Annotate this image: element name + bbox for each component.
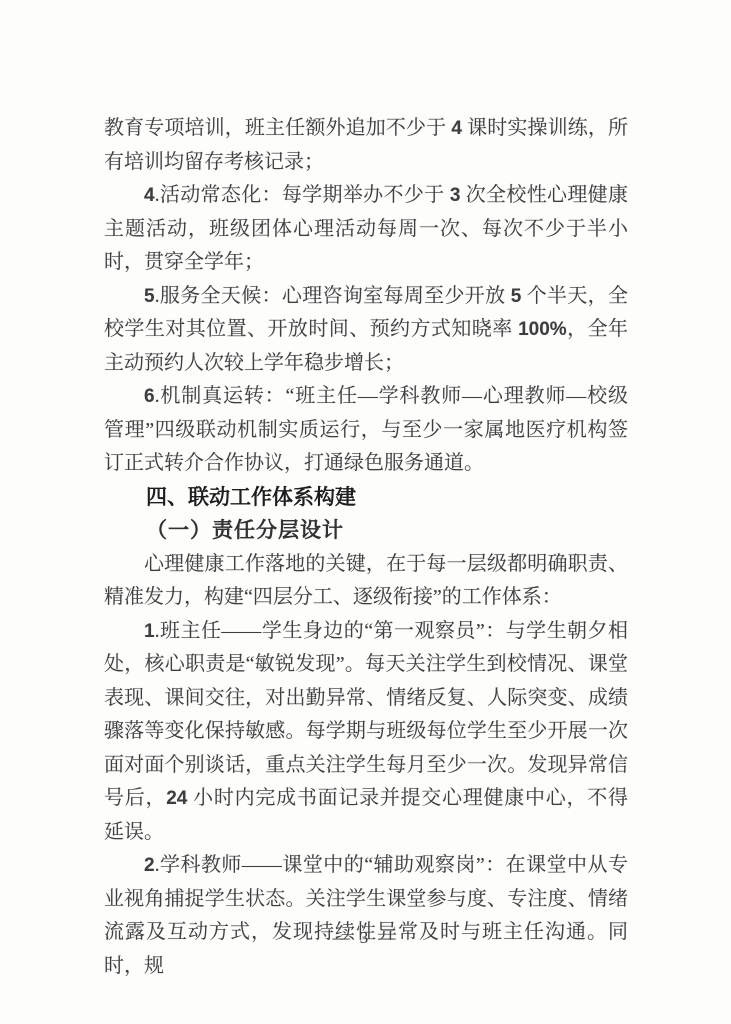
page-number: — 3 — [0, 928, 731, 948]
paragraph-training-continuation: 教育专项培训，班主任额外追加不少于 4 课时实操训练，所有培训均留存考核记录； [104, 112, 628, 179]
paragraph-role-2-subject-teacher: 2.学科教师——课堂中的“辅助观察岗”：在课堂中从专业视角捕捉学生状态。关注学生… [104, 849, 628, 983]
paragraph-item-4-activities: 4.活动常态化：每学期举办不少于 3 次全校性心理健康主题活动，班级团体心理活动… [104, 179, 628, 280]
document-body: 教育专项培训，班主任额外追加不少于 4 课时实操训练，所有培训均留存考核记录； … [104, 112, 628, 983]
paragraph-item-5-service: 5.服务全天候：心理咨询室每周至少开放 5 个半天，全校学生对其位置、开放时间、… [104, 280, 628, 381]
document-page: 教育专项培训，班主任额外追加不少于 4 课时实操训练，所有培训均留存考核记录； … [0, 0, 731, 1024]
paragraph-responsibility-intro: 心理健康工作落地的关键，在于每一层级都明确职责、精准发力，构建“四层分工、逐级衔… [104, 548, 628, 615]
paragraph-item-6-mechanism: 6.机制真运转：“班主任—学科教师—心理教师—校级管理”四级联动机制实质运行，与… [104, 380, 628, 481]
subsection-heading-4-1: （一）责任分层设计 [104, 514, 628, 548]
section-heading-4: 四、联动工作体系构建 [104, 481, 628, 515]
paragraph-role-1-head-teacher: 1.班主任——学生身边的“第一观察员”：与学生朝夕相处，核心职责是“敏锐发现”。… [104, 615, 628, 850]
